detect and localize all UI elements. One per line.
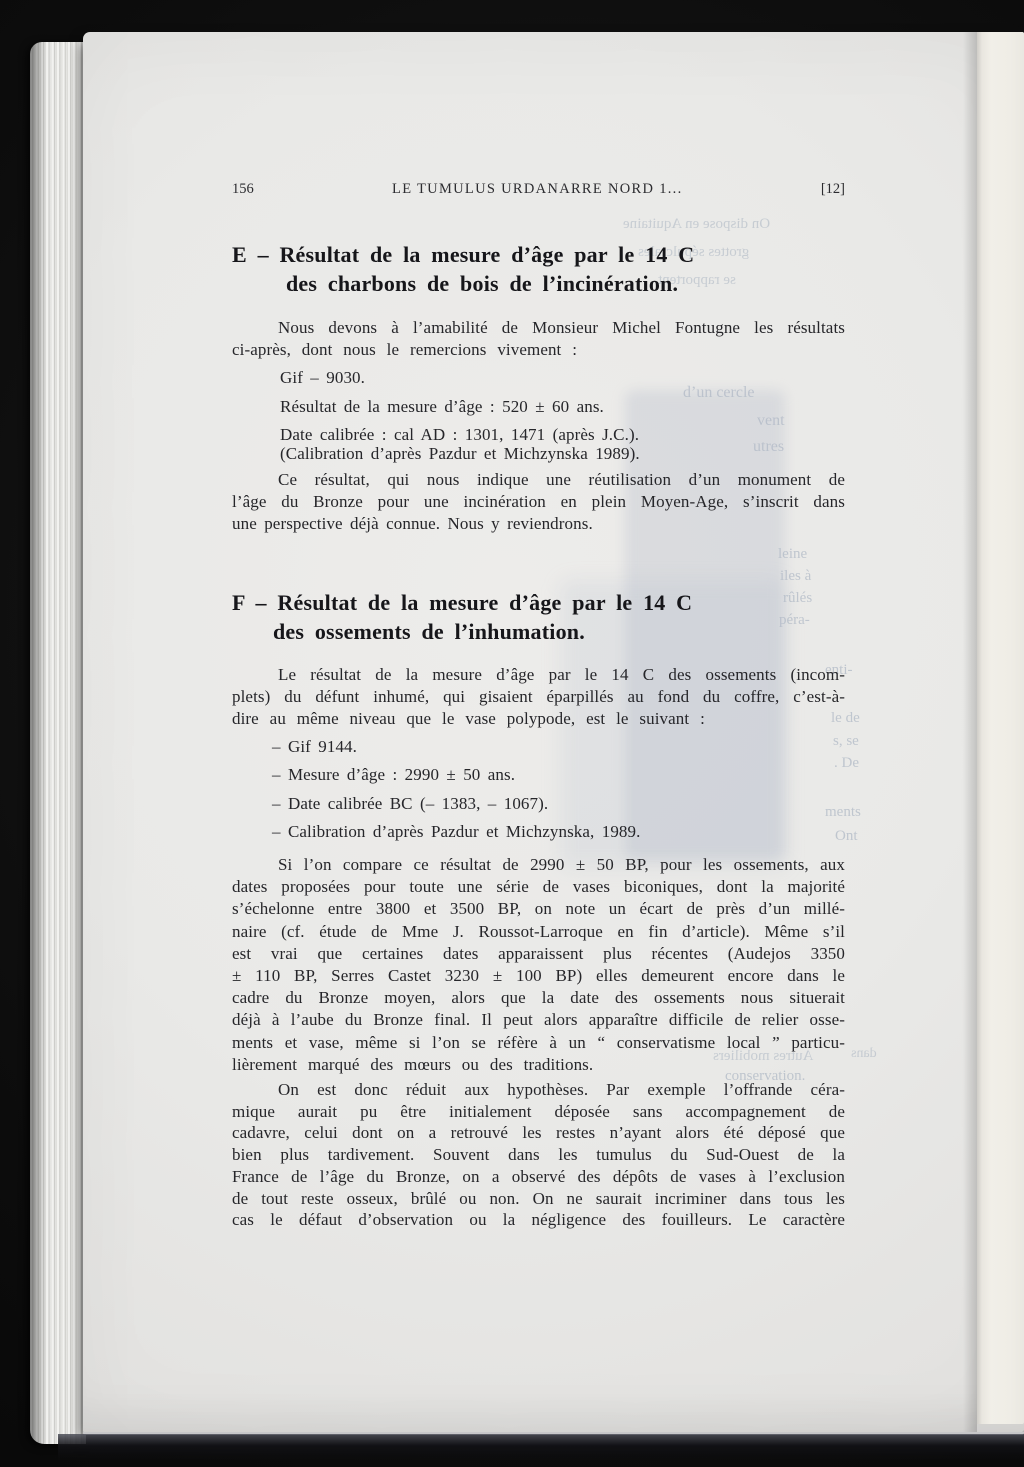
page-number: 156 — [232, 180, 254, 198]
adjacent-page-edge — [977, 32, 1024, 1424]
text-line: Résultat de la mesure d’âge : 520 ± 60 a… — [232, 393, 845, 422]
text-line: de tout reste osseux, brûlé ou non. On n… — [232, 1188, 845, 1210]
text-line: lièrement marqué des mœurs ou des tradit… — [232, 1054, 845, 1076]
section-e-calibration-note: (Calibration d’après Pazdur et Michzynsk… — [232, 443, 845, 465]
text-line: ci-après, dont nous le remercions viveme… — [232, 339, 845, 361]
text-line: dire au même niveau que le vase polypode… — [232, 708, 845, 730]
bleedthrough-text: dans — [851, 1046, 877, 1062]
text-line: déjà à l’aube du Bronze final. Il peut a… — [232, 1009, 845, 1031]
page-header: 156 LE TUMULUS URDANARRE NORD 1... [12] — [232, 180, 845, 198]
text-line: Nous devons à l’amabilité de Monsieur Mi… — [232, 317, 845, 339]
text-line: Le résultat de la mesure d’âge par le 14… — [232, 664, 845, 686]
text-line: On est donc réduit aux hypothèses. Par e… — [232, 1079, 845, 1101]
page-stack-edge — [30, 42, 86, 1444]
section-e-comment: Ce résultat, qui nous indique une réutil… — [232, 469, 845, 535]
text-line: cadre du Bronze moyen, alors que la date… — [232, 987, 845, 1009]
text-line: – Calibration d’après Pazdur et Michzyns… — [232, 818, 845, 846]
text-line: Si l’on compare ce résultat de 2990 ± 50… — [232, 854, 845, 876]
text-line: E – Résultat de la mesure d’âge par le 1… — [232, 240, 845, 269]
running-title: LE TUMULUS URDANARRE NORD 1... — [392, 180, 682, 198]
text-line: F – Résultat de la mesure d’âge par le 1… — [232, 588, 845, 617]
text-line: des ossements de l’inhumation. — [232, 617, 845, 646]
bleedthrough-text: leine — [778, 546, 807, 563]
text-line: Gif – 9030. — [232, 364, 845, 393]
page-gutter-crease — [963, 32, 977, 1432]
text-line: naire (cf. étude de Mme J. Roussot-Larro… — [232, 921, 845, 943]
text-line: cadavre, celui dont on a retrouvé les re… — [232, 1122, 845, 1144]
text-line: cas le défaut d’observation ou la néglig… — [232, 1209, 845, 1231]
text-line: des charbons de bois de l’incinération. — [232, 269, 845, 298]
page-drop-shadow — [58, 1434, 1024, 1460]
text-line: dates proposées pour toute une série de … — [232, 876, 845, 898]
text-line: plets) du défunt inhumé, qui gisaient ép… — [232, 686, 845, 708]
text-line: une perspective déjà connue. Nous y revi… — [232, 513, 845, 535]
section-f-intro: Le résultat de la mesure d’âge par le 14… — [232, 664, 845, 730]
text-line: l’âge du Bronze pour une incinération en… — [232, 491, 845, 513]
section-f-heading: F – Résultat de la mesure d’âge par le 1… — [232, 588, 845, 646]
section-f-hypotheses: On est donc réduit aux hypothèses. Par e… — [232, 1079, 845, 1231]
issue-marker: [12] — [821, 180, 845, 198]
section-e-heading: E – Résultat de la mesure d’âge par le 1… — [232, 240, 845, 298]
book-page: On dispose en Aquitainegrottes sépulcral… — [83, 32, 1024, 1432]
text-line: – Date calibrée BC (– 1383, – 1067). — [232, 790, 845, 818]
text-line: mique aurait pu être initialement déposé… — [232, 1101, 845, 1123]
section-f-discussion: Si l’on compare ce résultat de 2990 ± 50… — [232, 854, 845, 1076]
text-line: est vrai que certaines dates apparaissen… — [232, 943, 845, 965]
text-line: s’échelonne entre 3800 et 3500 BP, on no… — [232, 898, 845, 920]
section-e-results: Gif – 9030.Résultat de la mesure d’âge :… — [232, 364, 845, 450]
text-line: ± 110 BP, Serres Castet 3230 ± 100 BP) e… — [232, 965, 845, 987]
bleedthrough-text: iles à — [780, 568, 811, 585]
text-line: bien plus tardivement. Souvent dans les … — [232, 1144, 845, 1166]
bleedthrough-text: On dispose en Aquitaine — [623, 216, 770, 233]
section-e-intro: Nous devons à l’amabilité de Monsieur Mi… — [232, 317, 845, 361]
text-line: – Mesure d’âge : 2990 ± 50 ans. — [232, 761, 845, 789]
text-line: (Calibration d’après Pazdur et Michzynsk… — [232, 443, 845, 465]
section-f-results: – Gif 9144.– Mesure d’âge : 2990 ± 50 an… — [232, 733, 845, 846]
text-line: Ce résultat, qui nous indique une réutil… — [232, 469, 845, 491]
text-line: France de l’âge du Bronze, on a observé … — [232, 1166, 845, 1188]
scanned-book-photo: On dispose en Aquitainegrottes sépulcral… — [0, 0, 1024, 1467]
text-line: – Gif 9144. — [232, 733, 845, 761]
text-line: ments et vase, même si l’on se réfère à … — [232, 1032, 845, 1054]
